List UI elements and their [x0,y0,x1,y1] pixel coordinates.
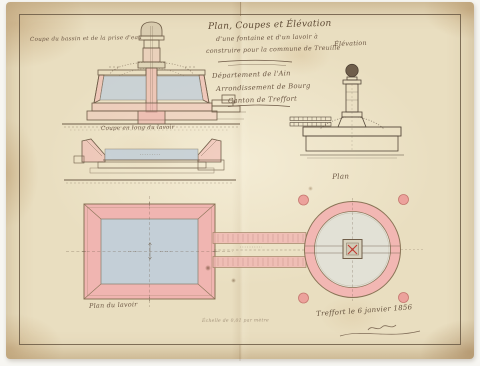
signature-script [368,325,396,330]
scanned-plan-page: Plan, Coupes et Élévation d'une fontaine… [0,0,480,366]
lavoir-plan-drawing [66,196,233,307]
circular-basin-plan-drawing [299,195,425,304]
label-plan: Plan [332,172,349,180]
label-plan-lavoir: Plan du lavoir [89,301,138,309]
label-elevation: Élévation [334,40,367,48]
fold-crease-marks [240,2,241,361]
lavoir-long-section-drawing [64,139,236,183]
label-echelle: Échelle de 0,01 par mètre [202,319,269,324]
fountain-elevation-drawing [290,64,404,158]
channel-plan-drawing [213,233,306,268]
stain-spot [231,278,236,283]
graphic-scale-bars [290,117,331,126]
signature-flourish [340,331,420,336]
stain-spot [205,265,211,271]
stain-spot [308,186,313,191]
